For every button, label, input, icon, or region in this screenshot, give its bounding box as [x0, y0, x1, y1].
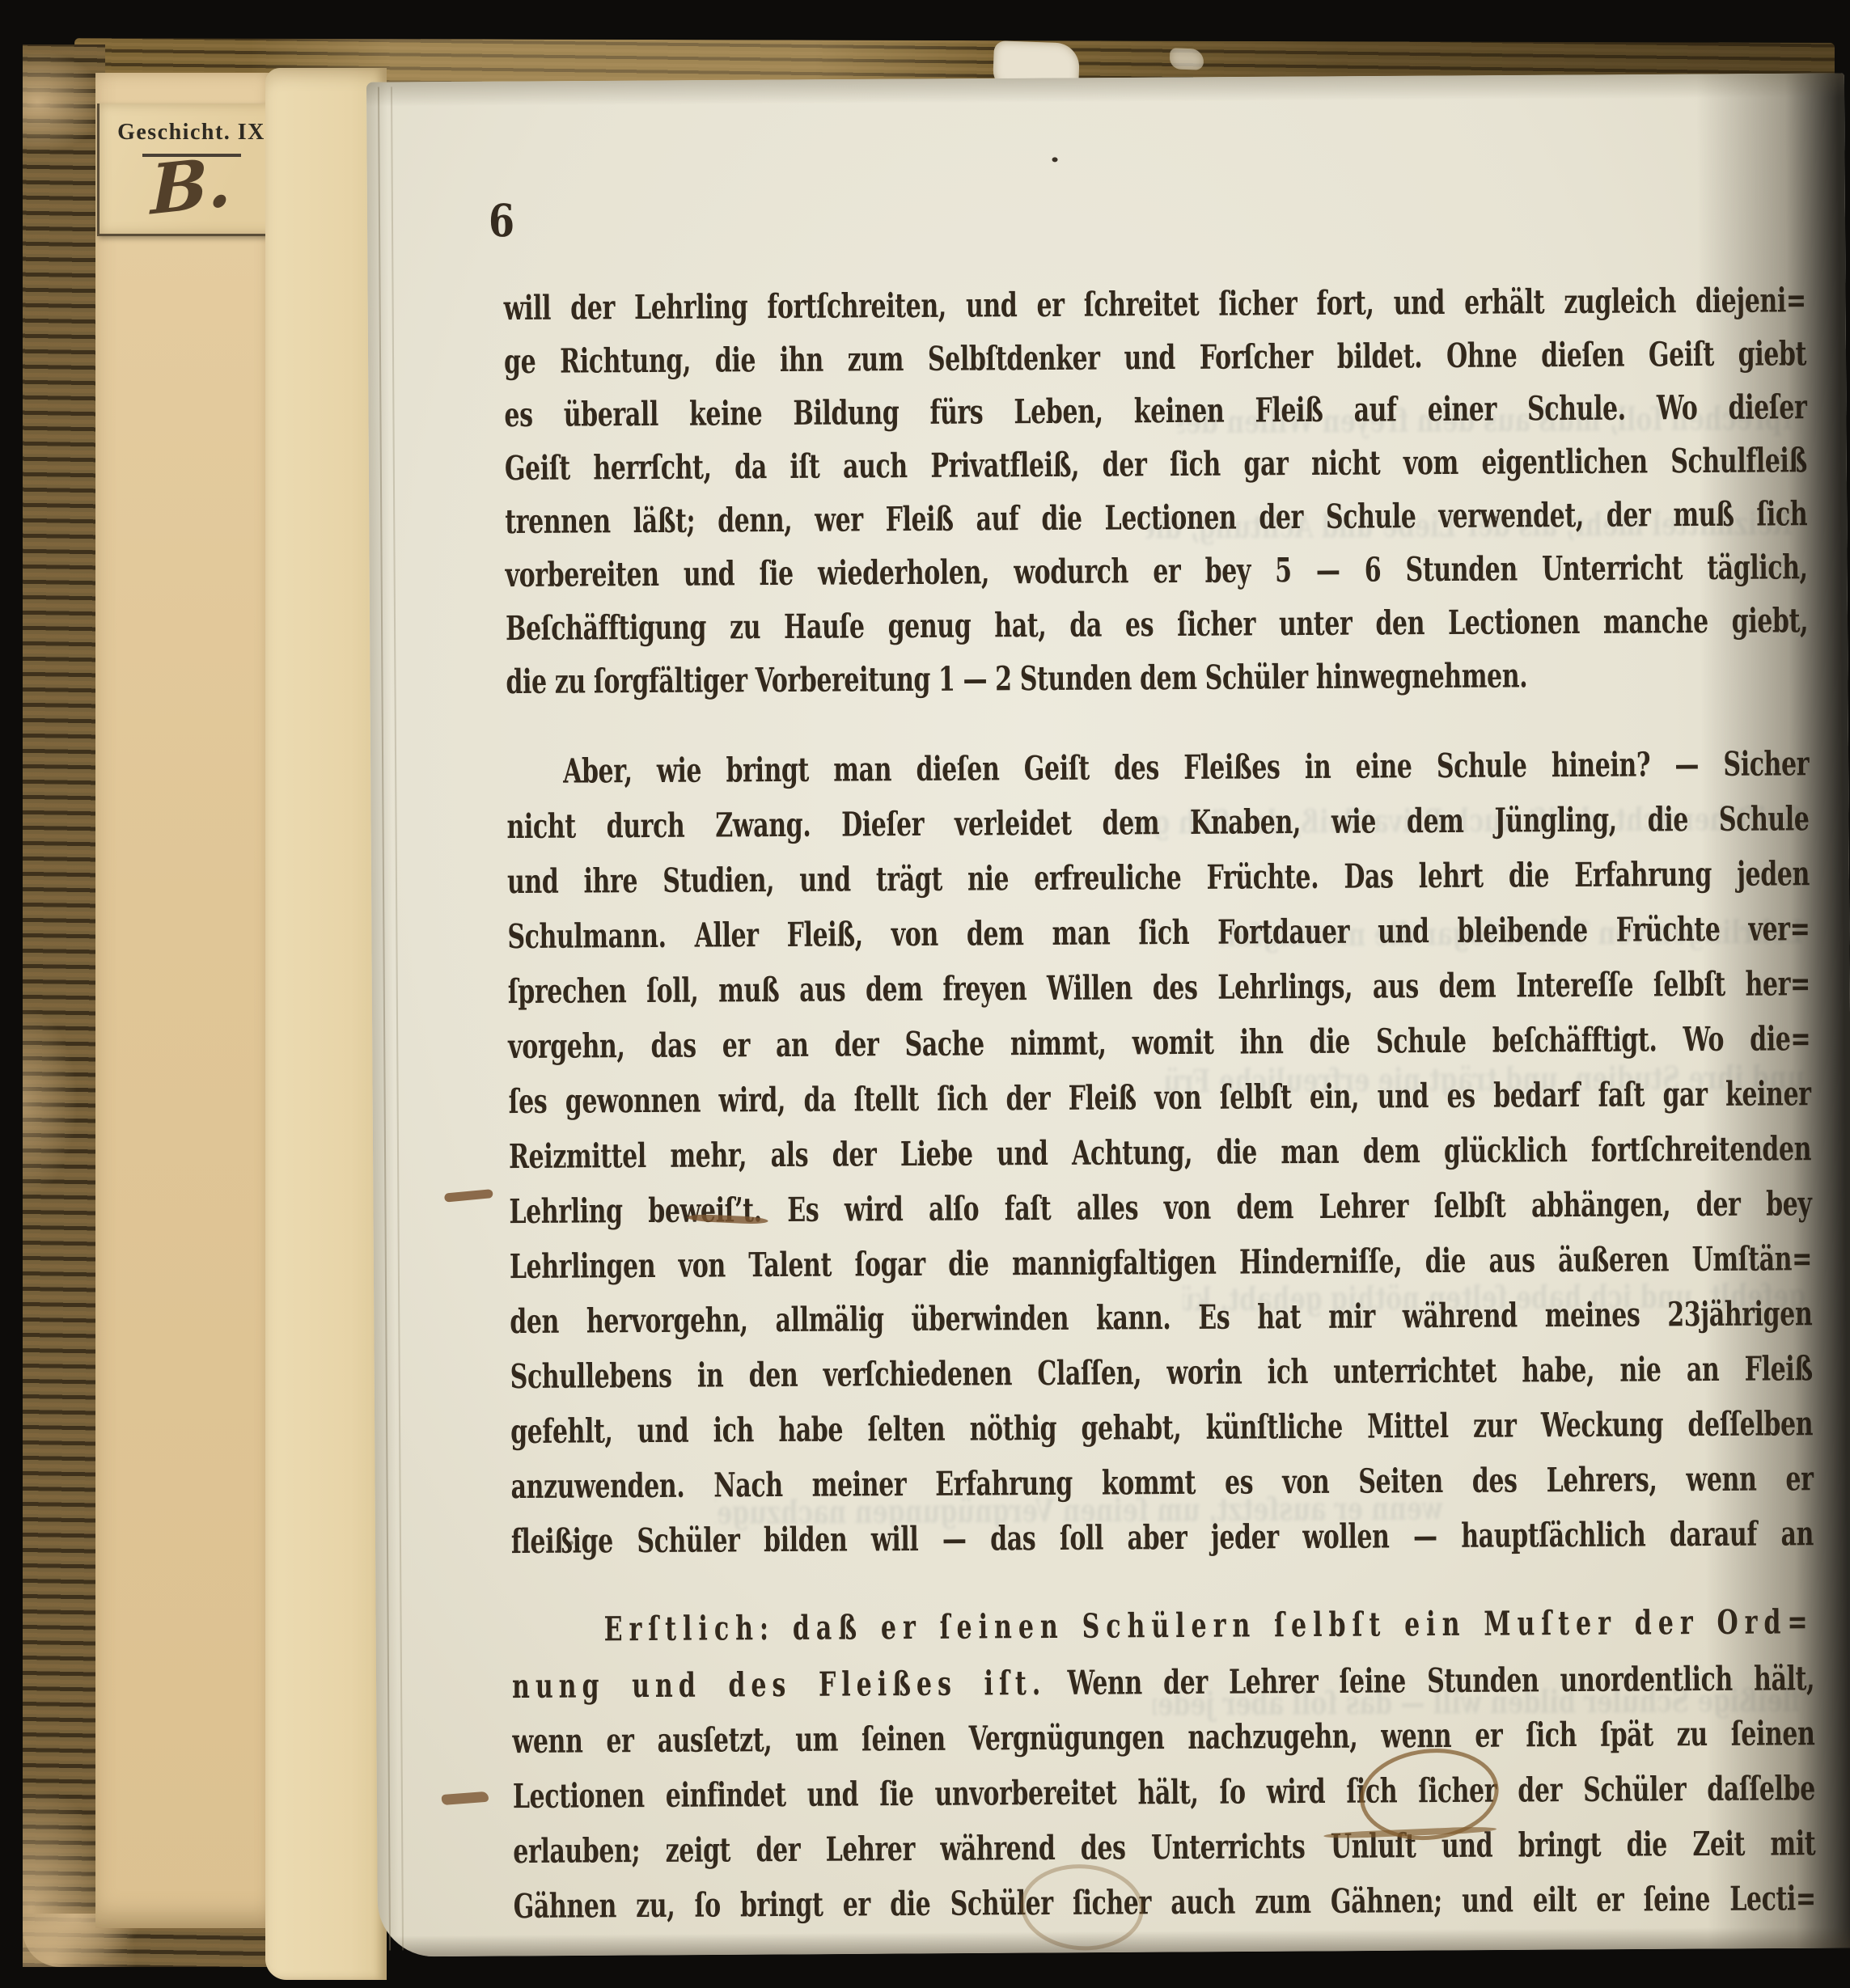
text-line: und ihre Studien, und trägt nie erfreuli… — [507, 848, 1810, 912]
text-line: Reizmittel mehr, als der Liebe und Achtu… — [509, 1123, 1811, 1187]
text-line: ſes gewonnen wird, da ſtellt ſich der Fl… — [508, 1068, 1810, 1132]
ink-speck — [1052, 157, 1058, 162]
text-line: den hervorgehn, allmälig überwinden kann… — [510, 1288, 1812, 1352]
text-line: vorgehn, das er an der Sache nimmt, womi… — [508, 1013, 1810, 1077]
ink-speck — [569, 1541, 574, 1545]
text-segment: Wenn der Lehrer ſeine Stunden unordentli… — [1067, 1660, 1814, 1703]
text-line: Lectionen einfindet und ſie unvorbereite… — [513, 1763, 1815, 1827]
text-line: nung und des Fleißes iſt. Wenn der Lehre… — [512, 1653, 1814, 1717]
page-edge-line — [378, 87, 391, 1951]
edge-damage-patch-small — [1170, 48, 1204, 70]
text-line: die zu ſorgfältiger Vorbereitung 1 — 2 S… — [506, 649, 1808, 713]
text-line: Gähnen zu, ſo bringt er die Schüler ſich… — [514, 1873, 1816, 1937]
margin-dash-annotation — [441, 1791, 489, 1805]
shelf-label-series: Geschicht. IX — [99, 104, 283, 146]
text-line: Aber, wie bringt man dieſen Geiſt des Fl… — [506, 738, 1809, 802]
text-line-spaced: Erſtlich: daß er ſeinen Schülern ſelbſt … — [511, 1597, 1814, 1660]
text-line: Schulmann. Aller Fleiß, von dem man ſich… — [507, 903, 1810, 967]
page-edge-line — [391, 87, 404, 1950]
text-line: gefehlt, und ich habe ſelten nöthig geha… — [510, 1398, 1813, 1462]
text-line: wenn er ausſetzt, um ſeinen Vergnügungen… — [512, 1708, 1814, 1772]
text-line: fleißige Schüler bilden will — das ſoll … — [511, 1508, 1814, 1572]
text-line: Lehrlingen von Talent ſogar die mannigfa… — [510, 1233, 1812, 1297]
book-cover-left — [23, 44, 105, 1967]
margin-dash-annotation — [444, 1189, 493, 1203]
book-page: ſprechen ſoll, muß aus dem freyen Willen… — [366, 73, 1850, 1956]
page-number: 6 — [489, 194, 514, 247]
shelf-label: Geschicht. IX B. — [97, 104, 283, 236]
text-line: nicht durch Zwang. Dieſer verleidet dem … — [506, 793, 1809, 857]
text-line: anzuwenden. Nach meiner Erfahrung kommt … — [510, 1453, 1813, 1517]
text-line: Lehrling beweiſ’t. Es wird alſo faſt all… — [509, 1178, 1811, 1242]
shelf-label-mark: B. — [151, 150, 232, 223]
scanned-book-page: Geschicht. IX B. ſprechen ſoll, muß aus … — [0, 0, 1850, 1988]
text-line: erlauben; zeigt der Lehrer während des U… — [513, 1818, 1815, 1882]
pastedown-endpaper — [95, 73, 282, 1928]
text-line: Schullebens in den verſchiedenen Claſſen… — [510, 1343, 1813, 1407]
ink-speck — [1493, 516, 1497, 519]
text-line: ſprechen ſoll, muß aus dem freyen Willen… — [508, 958, 1810, 1022]
text-segment-spaced: nung und des Fleißes iſt. — [512, 1664, 1046, 1707]
